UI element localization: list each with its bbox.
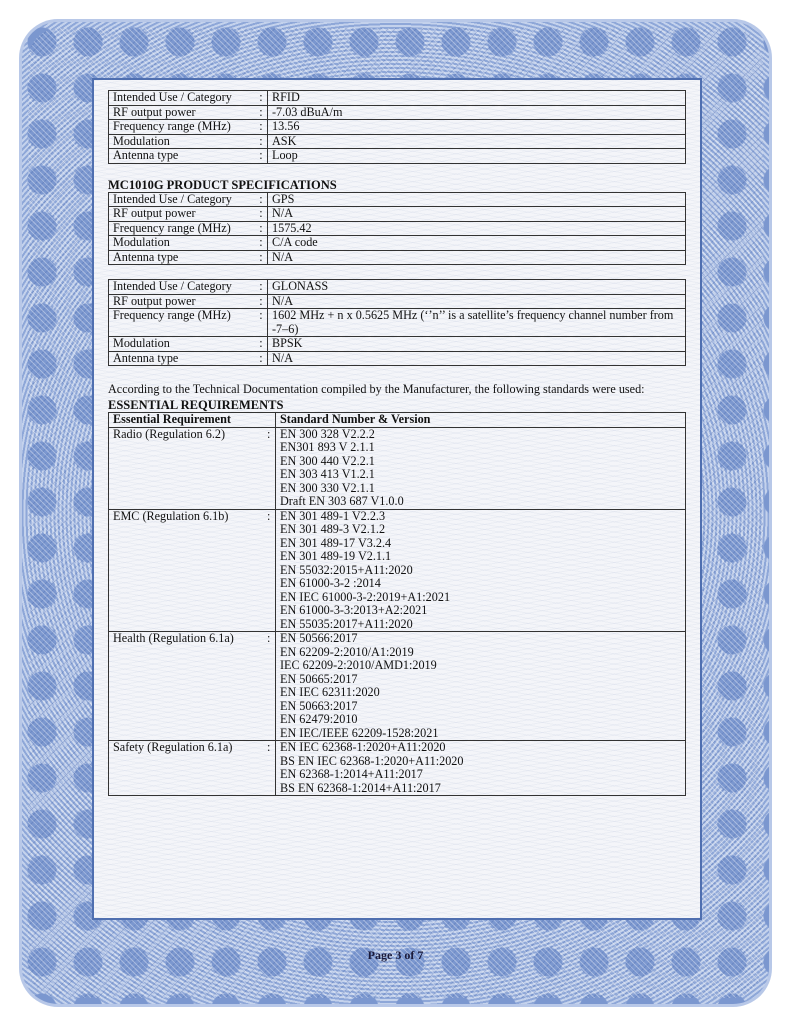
table-row: Antenna type:Loop xyxy=(109,149,686,164)
table-row: Intended Use / Category:RFID xyxy=(109,91,686,106)
spec-value: RFID xyxy=(268,91,686,106)
spec-value: 1575.42 xyxy=(268,221,686,236)
gps-spec-table: Intended Use / Category:GPSRF output pow… xyxy=(108,192,686,266)
spec-value: Loop xyxy=(268,149,686,164)
spec-separator: : xyxy=(255,134,268,149)
standards-list: EN IEC 62368-1:2020+A11:2020BS EN IEC 62… xyxy=(276,741,686,796)
table-row: RF output power:N/A xyxy=(109,294,686,309)
spec-label: Frequency range (MHz) xyxy=(109,221,256,236)
spec-separator: : xyxy=(255,280,268,295)
standard-item: EN 301 489-1 V2.2.3 xyxy=(280,510,681,524)
standard-item: EN 300 328 V2.2.2 xyxy=(280,428,681,442)
spec-separator: : xyxy=(255,207,268,222)
standard-item: EN301 893 V 2.1.1 xyxy=(280,441,681,455)
spec-label: Frequency range (MHz) xyxy=(109,309,256,337)
standard-item: EN 301 489-17 V3.2.4 xyxy=(280,537,681,551)
header-essential-requirement: Essential Requirement xyxy=(109,413,276,428)
rfid-spec-table: Intended Use / Category:RFIDRF output po… xyxy=(108,90,686,164)
standard-item: EN IEC 61000-3-2:2019+A1:2021 xyxy=(280,591,681,605)
standards-intro-text: According to the Technical Documentation… xyxy=(108,382,686,396)
table-row: Frequency range (MHz):1575.42 xyxy=(109,221,686,236)
requirement-label: Radio (Regulation 6.2) xyxy=(109,427,263,509)
standard-item: IEC 62209-2:2010/AMD1:2019 xyxy=(280,659,681,673)
table-row: Modulation:BPSK xyxy=(109,337,686,352)
table-header-row: Essential Requirement Standard Number & … xyxy=(109,413,686,428)
table-row: Intended Use / Category:GPS xyxy=(109,192,686,207)
spec-value: GLONASS xyxy=(268,280,686,295)
spec-value: ASK xyxy=(268,134,686,149)
spec-label: Modulation xyxy=(109,236,256,251)
spec-separator: : xyxy=(255,149,268,164)
spec-separator: : xyxy=(255,236,268,251)
standard-item: EN 300 330 V2.1.1 xyxy=(280,482,681,496)
standard-item: EN 50566:2017 xyxy=(280,632,681,646)
table-row: EMC (Regulation 6.1b):EN 301 489-1 V2.2.… xyxy=(109,509,686,632)
spec-value: N/A xyxy=(268,250,686,265)
spec-value: N/A xyxy=(268,351,686,366)
table-row: Radio (Regulation 6.2):EN 300 328 V2.2.2… xyxy=(109,427,686,509)
spec-separator: : xyxy=(255,351,268,366)
standard-item: EN 62479:2010 xyxy=(280,713,681,727)
essential-requirements-table: Essential Requirement Standard Number & … xyxy=(108,412,686,796)
standard-item: EN IEC/IEEE 62209-1528:2021 xyxy=(280,727,681,741)
requirement-separator: : xyxy=(262,741,275,796)
header-standard-number: Standard Number & Version xyxy=(276,413,686,428)
spec-value: BPSK xyxy=(268,337,686,352)
spec-separator: : xyxy=(255,221,268,236)
standards-list: EN 300 328 V2.2.2EN301 893 V 2.1.1EN 300… xyxy=(276,427,686,509)
spec-label: RF output power xyxy=(109,207,256,222)
standard-item: BS EN IEC 62368-1:2020+A11:2020 xyxy=(280,755,681,769)
table-row: Antenna type:N/A xyxy=(109,250,686,265)
table-row: Health (Regulation 6.1a):EN 50566:2017EN… xyxy=(109,632,686,741)
spec-value: -7.03 dBuA/m xyxy=(268,105,686,120)
spec-separator: : xyxy=(255,105,268,120)
standard-item: EN IEC 62368-1:2020+A11:2020 xyxy=(280,741,681,755)
standards-list: EN 50566:2017EN 62209-2:2010/A1:2019IEC … xyxy=(276,632,686,741)
spec-separator: : xyxy=(255,192,268,207)
standard-item: EN 303 413 V1.2.1 xyxy=(280,468,681,482)
spec-label: Antenna type xyxy=(109,149,256,164)
spec-value: N/A xyxy=(268,207,686,222)
spec-value: 1602 MHz + n x 0.5625 MHz (‘’n’’ is a sa… xyxy=(268,309,686,337)
standards-list: EN 301 489-1 V2.2.3EN 301 489-3 V2.1.2EN… xyxy=(276,509,686,632)
standard-item: EN 300 440 V2.2.1 xyxy=(280,455,681,469)
table-row: Frequency range (MHz):13.56 xyxy=(109,120,686,135)
standard-item: EN 50665:2017 xyxy=(280,673,681,687)
spec-separator: : xyxy=(255,309,268,337)
spec-label: Antenna type xyxy=(109,250,256,265)
spec-value: 13.56 xyxy=(268,120,686,135)
requirement-label: EMC (Regulation 6.1b) xyxy=(109,509,263,632)
requirement-separator: : xyxy=(262,427,275,509)
spec-label: RF output power xyxy=(109,294,256,309)
table-row: Modulation:C/A code xyxy=(109,236,686,251)
table-row: RF output power:N/A xyxy=(109,207,686,222)
standard-item: EN IEC 62311:2020 xyxy=(280,686,681,700)
standard-item: EN 301 489-3 V2.1.2 xyxy=(280,523,681,537)
table-row: Modulation:ASK xyxy=(109,134,686,149)
document-content: Intended Use / Category:RFIDRF output po… xyxy=(108,90,686,796)
requirement-label: Safety (Regulation 6.1a) xyxy=(109,741,263,796)
spec-label: Intended Use / Category xyxy=(109,91,256,106)
standard-item: EN 61000-3-3:2013+A2:2021 xyxy=(280,604,681,618)
standard-item: Draft EN 303 687 V1.0.0 xyxy=(280,495,681,509)
spec-label: Modulation xyxy=(109,337,256,352)
spec-label: Modulation xyxy=(109,134,256,149)
spec-value: C/A code xyxy=(268,236,686,251)
spec-separator: : xyxy=(255,250,268,265)
spec-label: Intended Use / Category xyxy=(109,280,256,295)
standard-item: EN 62368-1:2014+A11:2017 xyxy=(280,768,681,782)
mc1010g-title: MC1010G PRODUCT SPECIFICATIONS xyxy=(108,178,686,192)
spec-separator: : xyxy=(255,120,268,135)
standard-item: BS EN 62368-1:2014+A11:2017 xyxy=(280,782,681,796)
standard-item: EN 61000-3-2 :2014 xyxy=(280,577,681,591)
spec-separator: : xyxy=(255,294,268,309)
standard-item: EN 55035:2017+A11:2020 xyxy=(280,618,681,632)
spec-separator: : xyxy=(255,91,268,106)
spec-separator: : xyxy=(255,337,268,352)
spec-value: N/A xyxy=(268,294,686,309)
essential-requirements-title: ESSENTIAL REQUIREMENTS xyxy=(108,398,686,412)
table-row: Intended Use / Category:GLONASS xyxy=(109,280,686,295)
requirement-separator: : xyxy=(262,632,275,741)
table-row: Frequency range (MHz):1602 MHz + n x 0.5… xyxy=(109,309,686,337)
spec-value: GPS xyxy=(268,192,686,207)
requirement-label: Health (Regulation 6.1a) xyxy=(109,632,263,741)
table-row: Safety (Regulation 6.1a):EN IEC 62368-1:… xyxy=(109,741,686,796)
spec-label: RF output power xyxy=(109,105,256,120)
requirement-separator: : xyxy=(262,509,275,632)
table-row: RF output power:-7.03 dBuA/m xyxy=(109,105,686,120)
standard-item: EN 50663:2017 xyxy=(280,700,681,714)
standard-item: EN 62209-2:2010/A1:2019 xyxy=(280,646,681,660)
page-number: Page 3 of 7 xyxy=(0,948,791,963)
spec-label: Antenna type xyxy=(109,351,256,366)
glonass-spec-table: Intended Use / Category:GLONASSRF output… xyxy=(108,279,686,366)
standard-item: EN 301 489-19 V2.1.1 xyxy=(280,550,681,564)
standard-item: EN 55032:2015+A11:2020 xyxy=(280,564,681,578)
spec-label: Frequency range (MHz) xyxy=(109,120,256,135)
spec-label: Intended Use / Category xyxy=(109,192,256,207)
table-row: Antenna type:N/A xyxy=(109,351,686,366)
